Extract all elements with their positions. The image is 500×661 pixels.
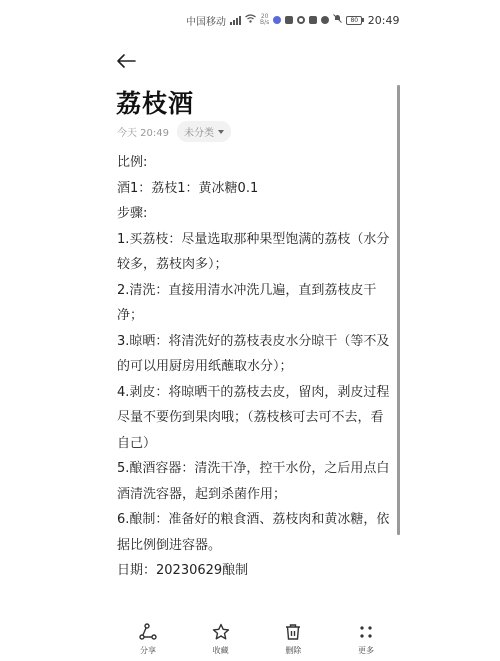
carrier-name: 中国移动 (186, 13, 226, 28)
note-title[interactable]: 荔枝酒 (116, 84, 194, 120)
wifi-icon (245, 14, 256, 26)
mute-icon (333, 14, 342, 26)
more-icon (356, 622, 376, 642)
alarm-icon (321, 16, 329, 24)
note-line: 5.酿酒容器：清洗干净，控干水份，之后用点白酒清洗容器，起到杀菌作用； (117, 456, 392, 507)
favorite-label: 收藏 (213, 645, 229, 656)
note-line: 6.酿制：准备好的粮食酒、荔枝肉和黄冰糖，依据比例倒进容器。 (117, 507, 392, 558)
trash-icon (283, 622, 303, 642)
note-line: 1.买荔枝：尽量选取那种果型饱满的荔枝（水分较多，荔枝肉多）； (117, 227, 392, 278)
category-dropdown[interactable]: 未分类 (177, 121, 231, 142)
note-line: 日期：20230629酿制 (117, 558, 392, 584)
delete-label: 删除 (285, 645, 301, 656)
notification-icon (285, 16, 293, 24)
delete-button[interactable]: 删除 (275, 622, 311, 660)
arrow-left-icon (116, 53, 136, 69)
note-line: 2.清洗：直接用清水冲洗几遍，直到荔枝皮干净； (117, 278, 392, 329)
more-label: 更多 (358, 645, 374, 656)
category-label: 未分类 (184, 124, 214, 139)
note-line: 4.剥皮：将晾晒干的荔枝去皮，留肉，剥皮过程尽量不要伤到果肉哦；（荔枝核可去可不… (117, 380, 392, 457)
app-notification-icon (273, 16, 281, 24)
clock: 20:49 (368, 14, 400, 27)
favorite-button[interactable]: 收藏 (203, 622, 239, 660)
bottom-toolbar: 分享 收藏 删除 更多 (110, 622, 400, 660)
note-line: 3.晾晒：将清洗好的荔枝表皮水分晾干（等不及的可以用厨房用纸蘸取水分）； (117, 329, 392, 380)
signal-icon (230, 16, 241, 25)
note-date: 今天 20:49 (117, 124, 169, 139)
note-body[interactable]: 比例: 酒1：荔枝1：黄冰糖0.1 步骤: 1.买荔枝：尽量选取那种果型饱满的荔… (117, 150, 392, 584)
more-button[interactable]: 更多 (348, 622, 384, 660)
note-line: 比例: (117, 150, 392, 176)
note-line: 酒1：荔枝1：黄冰糖0.1 (117, 176, 392, 202)
share-icon (138, 622, 158, 642)
caret-down-icon (218, 130, 224, 134)
notification-icon (309, 16, 317, 24)
scrollbar[interactable] (397, 85, 400, 535)
status-bar: 中国移动 20B/s 80 20:49 (186, 12, 399, 28)
network-speed: 20B/s (260, 14, 269, 26)
back-button[interactable] (114, 50, 138, 72)
notification-icon (297, 16, 305, 24)
share-label: 分享 (140, 645, 156, 656)
note-meta: 今天 20:49 未分类 (117, 121, 231, 142)
share-button[interactable]: 分享 (130, 622, 166, 660)
note-line: 步骤: (117, 201, 392, 227)
battery-icon: 80 (346, 16, 364, 25)
star-icon (211, 622, 231, 642)
